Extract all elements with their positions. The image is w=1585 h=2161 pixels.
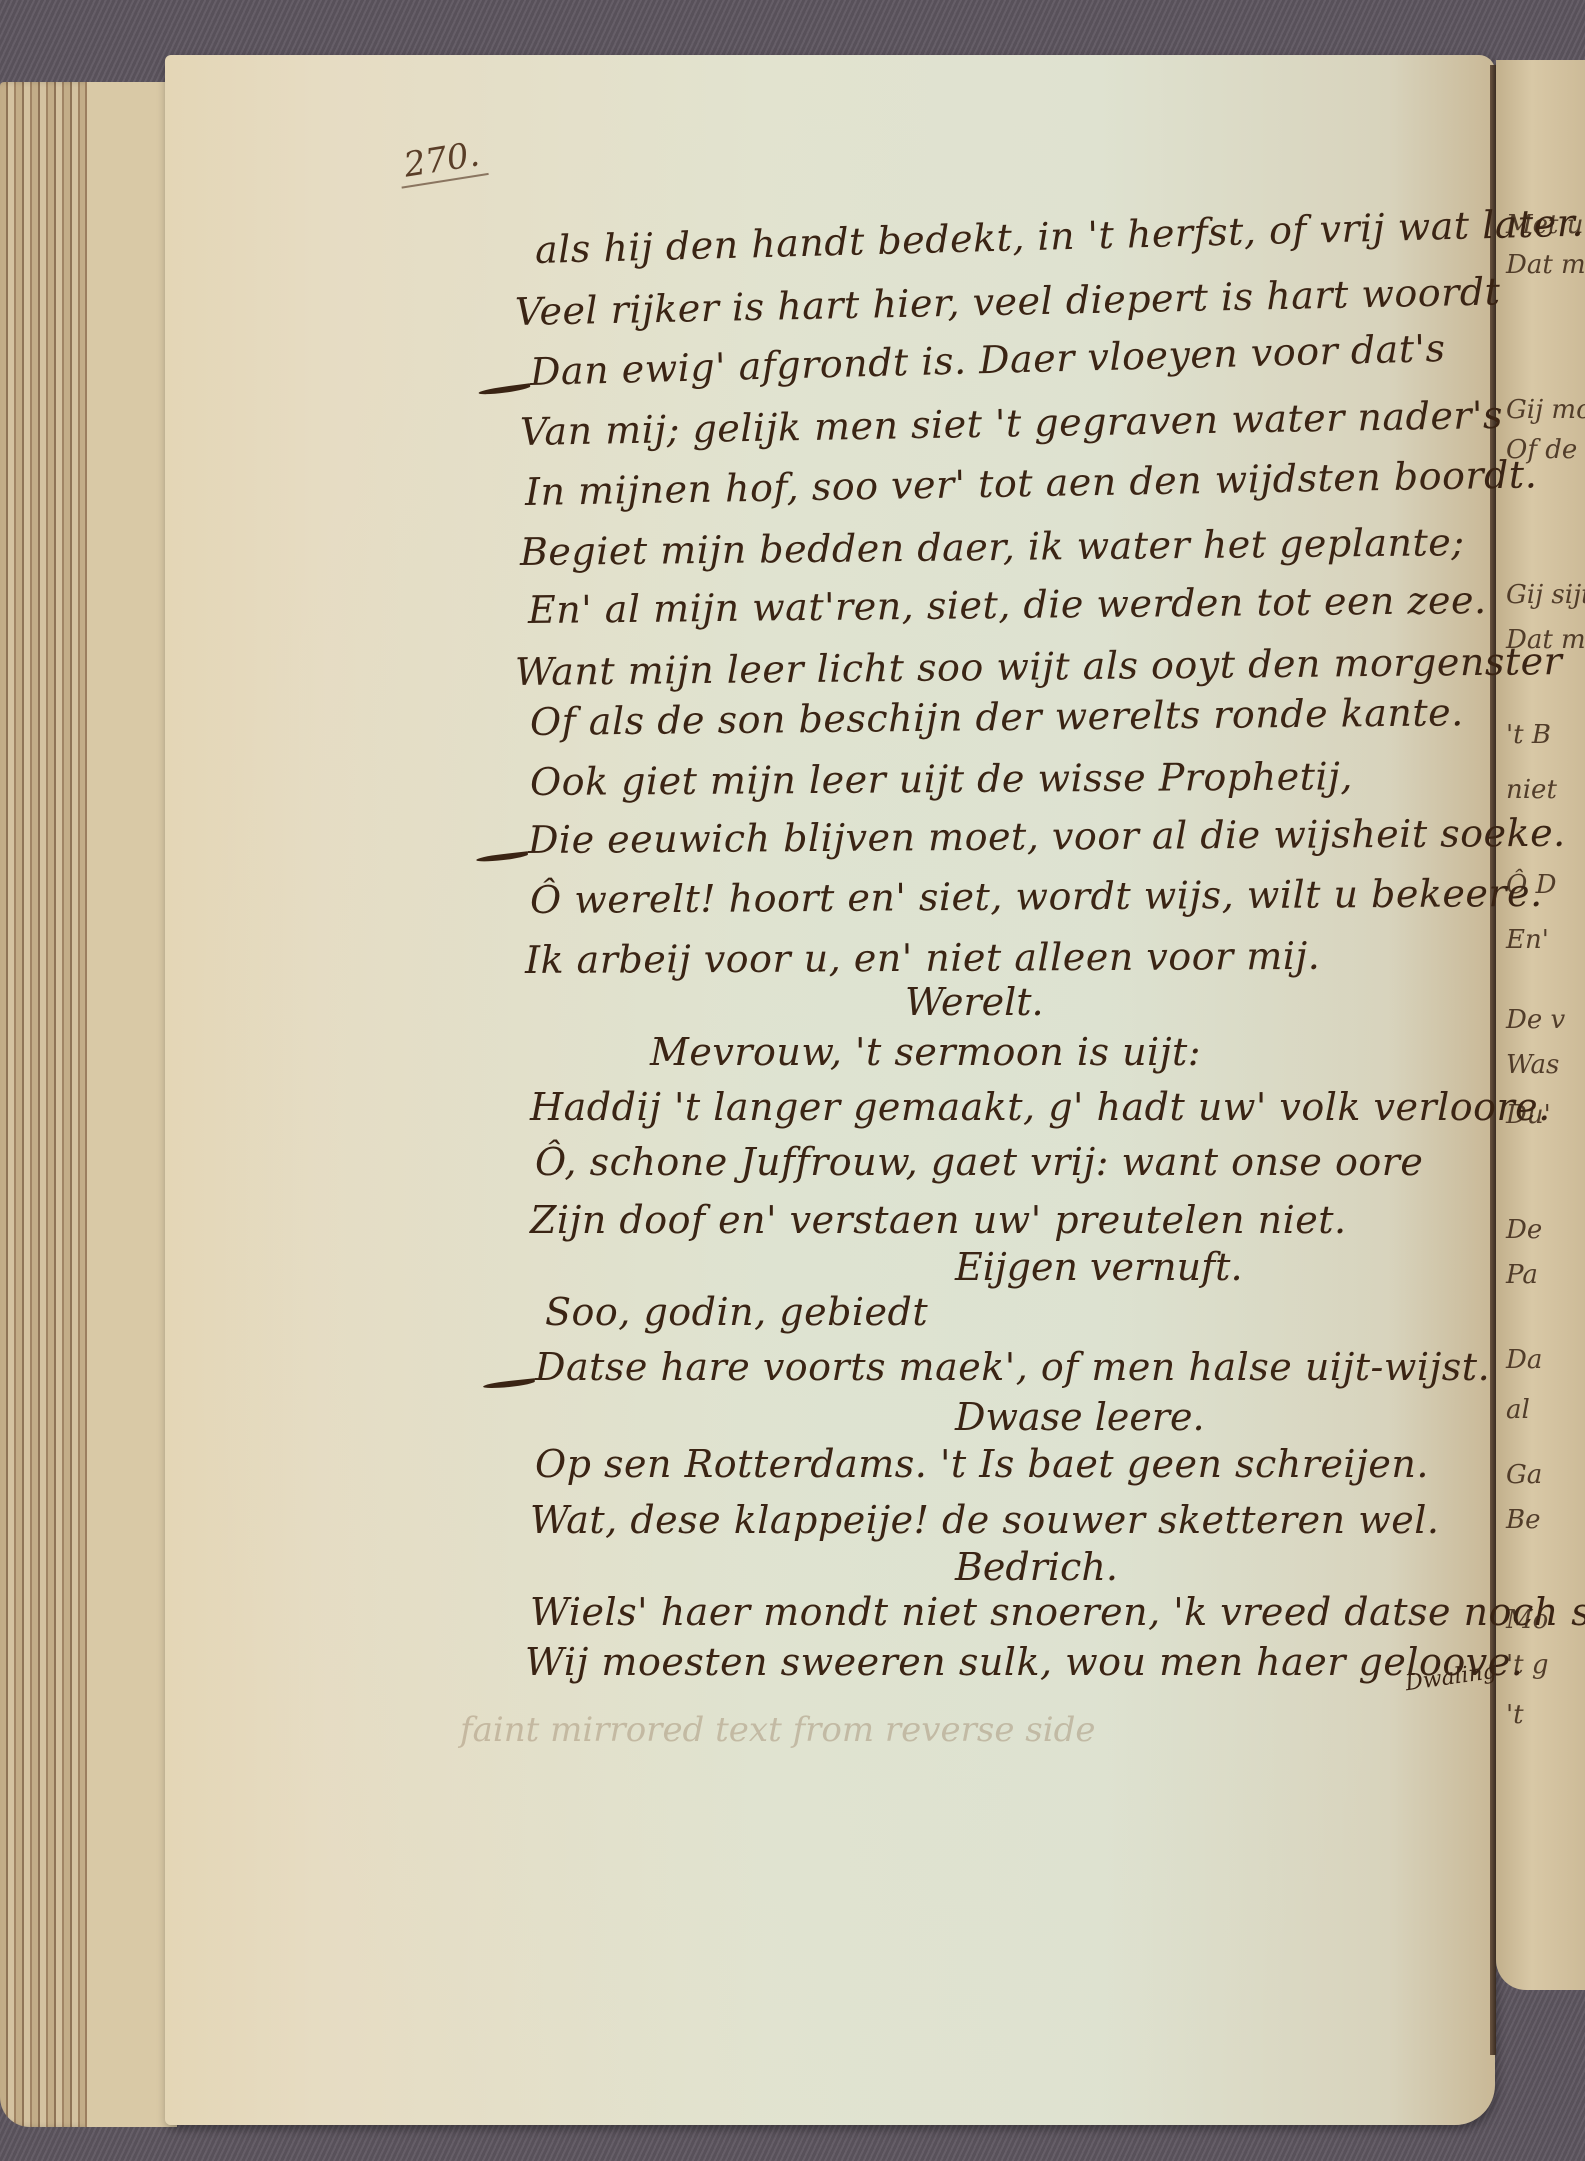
facing-page-fragment: Dat m xyxy=(1506,625,1585,655)
facing-page-fragment: Pa xyxy=(1506,1260,1538,1290)
dialogue-line: Wat, dese klappeije! de souwer sketteren… xyxy=(530,1498,1439,1542)
facing-page-fragment: Of de xyxy=(1506,435,1577,465)
speaker-name: Bedrich. xyxy=(955,1545,1118,1589)
facing-page-fragment: Da xyxy=(1506,1345,1542,1375)
facing-page-fragment: Ga xyxy=(1506,1460,1542,1490)
dialogue-line: Soo, godin, gebiedt xyxy=(545,1290,928,1334)
book-gutter xyxy=(1490,65,1496,2055)
facing-page-fragment: 't xyxy=(1506,1700,1524,1730)
facing-page-fragment: Gij sijt xyxy=(1506,580,1585,610)
facing-page-fragment: niet xyxy=(1506,775,1557,805)
facing-page-fragment: De v xyxy=(1506,1005,1565,1035)
facing-page-fragment: Met u xyxy=(1506,210,1583,240)
dialogue-line: Haddij 't langer gemaakt, g' hadt uw' vo… xyxy=(530,1085,1551,1129)
facing-page-fragment: Du' xyxy=(1506,1100,1551,1130)
bleed-through-text: faint mirrored text from reverse side xyxy=(460,1710,1095,1750)
facing-page-fragment: Be xyxy=(1506,1505,1541,1535)
dialogue-line: Datse hare voorts maek', of men halse ui… xyxy=(535,1345,1490,1389)
dialogue-line: Wiels' haer mondt niet snoeren, 'k vreed… xyxy=(530,1590,1585,1634)
dialogue-line: Wij moesten sweeren sulk, wou men haer g… xyxy=(525,1640,1523,1684)
speaker-name: Werelt. xyxy=(905,980,1044,1024)
verse-line: Die eeuwich blijven moet, voor al die wi… xyxy=(528,811,1566,862)
dialogue-line: Mevrouw, 't sermoon is uijt: xyxy=(650,1030,1201,1074)
facing-page-fragment: 't B xyxy=(1506,720,1551,750)
verse-line: Ô werelt! hoort en' siet, wordt wijs, wi… xyxy=(530,871,1543,922)
book-page-stack xyxy=(0,82,175,2127)
dialogue-line: Ô, schone Juffrouw, gaet vrij: want onse… xyxy=(535,1140,1423,1184)
verse-line: Ik arbeij voor u, en' niet alleen voor m… xyxy=(525,934,1321,982)
verse-line: Ook giet mijn leer uijt de wisse Prophet… xyxy=(530,754,1353,804)
speaker-name: Eijgen vernuft. xyxy=(955,1245,1243,1289)
facing-page-fragment: al xyxy=(1506,1395,1530,1425)
dialogue-line: Op sen Rotterdams. 't Is baet geen schre… xyxy=(535,1442,1429,1486)
facing-page-fragment: 't g xyxy=(1506,1650,1549,1680)
dialogue-line: Zijn doof en' verstaen uw' preutelen nie… xyxy=(530,1198,1347,1242)
facing-page-fragment: En' xyxy=(1506,925,1549,955)
facing-page-fragment: Ô D xyxy=(1506,870,1556,900)
facing-page-fragment: Gij mo xyxy=(1506,395,1585,425)
speaker-name: Dwase leere. xyxy=(955,1395,1205,1439)
facing-page-fragment: Mo xyxy=(1506,1605,1548,1635)
facing-page-fragment: De xyxy=(1506,1215,1542,1245)
facing-page-fragment: Was xyxy=(1506,1050,1559,1080)
facing-page-fragment: Dat me xyxy=(1506,250,1585,280)
